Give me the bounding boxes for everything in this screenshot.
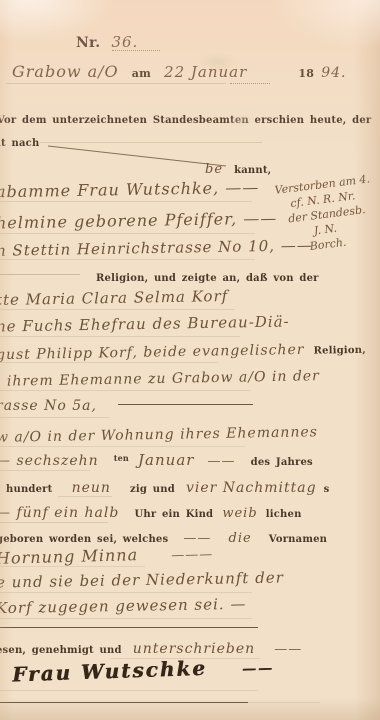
declarant-name-text: abamme Frau Wutschke, ——	[0, 178, 259, 202]
witness-text2: Korf zugegen gewesen sei. —	[0, 595, 247, 617]
birth-ten-printed: ten	[114, 453, 129, 463]
birth-month-written: Januar	[138, 451, 194, 469]
signature-dash: ——	[242, 660, 275, 677]
neun-written: neun	[72, 480, 111, 496]
father-name-line: gust Philipp Korf, beide evangelischer R…	[0, 338, 366, 363]
birth-date-line: — sechszehn ten Januar —— des Jahres	[0, 450, 313, 469]
intro-line: Vor dem unterzeichneten Standesbeamten e…	[0, 108, 371, 127]
witness-line1: e und sie bei der Niederkunft der	[0, 567, 284, 591]
residence-rule2	[0, 417, 110, 418]
lichen-printed: lichen	[266, 509, 302, 520]
dateline-year-underline	[230, 83, 270, 84]
residence-line1: i ihrem Ehemanne zu Grabow a/O in der	[0, 365, 320, 390]
declarant-rule1	[0, 201, 252, 202]
mother-rule2	[0, 336, 240, 337]
die-written: die	[229, 531, 252, 546]
birth-time-line: — fünf ein halb Uhr ein Kind weib lichen	[0, 502, 302, 521]
mother-name-line: tte Maria Clara Selma Korf	[0, 286, 228, 309]
birth-jahres-printed: des Jahres	[251, 457, 313, 468]
dateline: Grabow a/O am 22 Januar 18 94.	[12, 62, 346, 81]
child-names-dash: ———	[171, 547, 213, 563]
weib-written: weib	[222, 506, 257, 521]
birth-dash1: ——	[208, 454, 236, 469]
residence-line2: rasse No 5a,	[0, 395, 97, 414]
s-printed: s	[324, 484, 330, 495]
closing-printed: esen, genehmigt und	[0, 645, 122, 656]
closing-dash: ——	[274, 642, 302, 657]
hundert-printed: hundert	[6, 484, 52, 495]
birth-year-line: hundert neun zig und vier Nachmittag s	[6, 477, 330, 496]
child-names-text: Hornung Minna	[0, 545, 138, 568]
dateline-year-written: 94.	[321, 65, 346, 81]
margin-death-note: Verstorben am 4. cf. N. R. Nr. der Stand…	[274, 170, 380, 258]
section-separator-rule	[0, 627, 258, 628]
residence-blank-rule	[118, 404, 253, 405]
record-number-label: Nr.	[76, 35, 100, 51]
dateline-underline	[6, 83, 226, 84]
neun-underline	[58, 496, 112, 497]
residence-text1: i ihrem Ehemanne zu Grabow a/O in der	[0, 368, 320, 390]
residence-text2: rasse No 5a,	[0, 398, 97, 414]
record-number-value: 36.	[111, 33, 138, 51]
bottom-rule	[0, 702, 248, 703]
identity-cut-text: it nach	[0, 138, 39, 149]
dateline-date: 22 Januar	[164, 63, 247, 81]
declarant-rule2	[0, 233, 255, 234]
child-names-line: Hornung Minna ———	[0, 543, 213, 568]
mother-birthname-line: ne Fuchs Ehefrau des Bureau-Diä-	[0, 311, 290, 335]
witness-rule1	[0, 592, 252, 593]
declarant-address-text: n Stettin Heinrichstrasse No 10, ——	[0, 236, 313, 260]
father-name-text: gust Philipp Korf, beide evangelischer	[0, 342, 305, 363]
residence-line3: w a/O in der Wohnung ihres Ehemannes	[0, 421, 318, 446]
time-underline	[0, 522, 108, 523]
bekannt-line: be kannt,	[205, 158, 271, 177]
intro-text: Vor dem unterzeichneten Standesbeamten e…	[0, 115, 371, 126]
bekannt-written-part: be	[205, 162, 223, 177]
dateline-am-label: am	[132, 67, 151, 80]
declarant-address-line: n Stettin Heinrichstrasse No 10, ——	[0, 235, 313, 260]
signature-text: Frau Wutschke	[12, 656, 208, 687]
religion-text: Religion, und zeigte an, daß von der	[96, 273, 319, 284]
declarant-rule3	[0, 259, 255, 260]
witness-rule2	[0, 618, 252, 619]
mother-birthname-text: ne Fuchs Ehefrau des Bureau-Diä-	[0, 312, 290, 335]
birth-day-underline	[0, 470, 90, 471]
witness-text1: e und sie bei der Niederkunft der	[0, 568, 284, 591]
religion-blank-rule	[0, 274, 80, 275]
declarant-birthname-line: helmine geborene Pfeiffer, ——	[0, 209, 277, 233]
religion-printed-word: Religion,	[314, 345, 366, 357]
signature-underline	[0, 690, 258, 691]
declarant-name-line: abamme Frau Wutschke, ——	[0, 178, 259, 202]
zig-printed: zig und	[130, 484, 175, 495]
vier-written: vier Nachmittag	[186, 480, 317, 496]
mother-rule1	[0, 309, 235, 310]
identity-strike-line	[42, 138, 232, 174]
identity-cut-line: it nach	[0, 131, 39, 150]
residence-rule3	[0, 446, 245, 447]
residence-rule1	[0, 390, 250, 391]
signature-line: Frau Wutschke ——	[12, 653, 275, 686]
vornamen-printed: Vornamen	[269, 534, 327, 545]
declarant-birthname-text: helmine geborene Pfeiffer, ——	[0, 209, 277, 233]
mother-name-text: tte Maria Clara Selma Korf	[0, 287, 228, 309]
vornamen-intro-line: geboren worden sei, welches —— die Vorna…	[0, 527, 327, 546]
time-written: — fünf ein halb	[0, 505, 119, 521]
bekannt-printed-part: kannt,	[234, 165, 271, 176]
dateline-year-printed: 18	[298, 67, 314, 80]
uhr-printed: Uhr ein Kind	[134, 509, 213, 520]
birth-day-written: — sechszehn	[0, 453, 99, 469]
bottom-rule-faint	[248, 702, 320, 703]
record-number-line: Nr. 36.	[76, 32, 138, 51]
residence-text3: w a/O in der Wohnung ihres Ehemannes	[0, 424, 318, 446]
witness-line2: Korf zugegen gewesen sei. —	[0, 594, 247, 617]
dateline-place: Grabow a/O	[12, 62, 119, 81]
geboren-printed: geboren worden sei, welches	[0, 534, 168, 545]
religion-line: Religion, und zeigte an, daß von der	[96, 266, 319, 285]
